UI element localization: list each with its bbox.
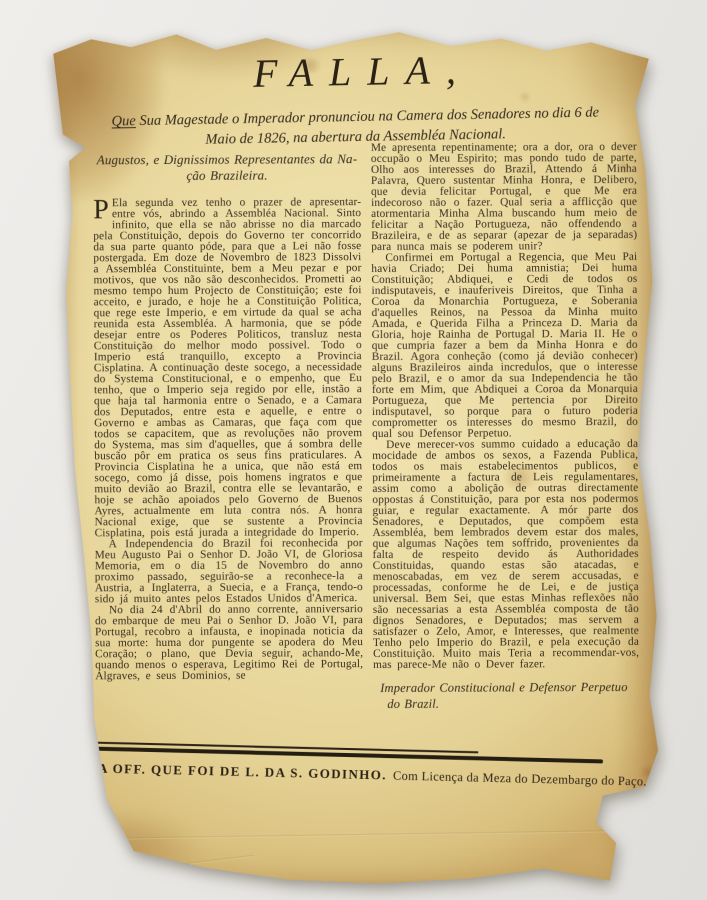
salutation-line1: Augustos, e Dignissimos Representantes d… <box>93 151 361 168</box>
stain-bottom-left <box>55 809 205 885</box>
subtitle-underlined-word: Que <box>111 113 135 129</box>
license-text: Com Licença da Meza do Dezembargo do Paç… <box>393 769 647 789</box>
imprint-line: NA OFF. QUE FOI DE L. DA S. GODINHO.Com … <box>87 759 632 790</box>
paper-crease <box>69 830 644 841</box>
paper-crease <box>75 855 254 878</box>
photo-backdrop: FALLA, Que Sua Magestade o Imperador pro… <box>0 0 707 900</box>
stain-left-edge <box>47 27 79 885</box>
body-paragraph: A Independencia do Brazil foi reconhecid… <box>95 538 363 605</box>
document-header: FALLA, Que Sua Magestade o Imperador pro… <box>68 43 642 152</box>
drop-cap: P <box>93 198 112 221</box>
left-column: Augustos, e Dignissimos Representantes d… <box>93 151 363 682</box>
paragraph-text: Ela segunda vez tenho o prazer de aprese… <box>93 196 362 539</box>
document-page: FALLA, Que Sua Magestade o Imperador pro… <box>47 27 661 887</box>
salutation: Augustos, e Dignissimos Representantes d… <box>93 151 361 184</box>
stain-bottom-right <box>595 789 695 899</box>
imprint-rule <box>81 741 603 763</box>
body-paragraph: No dia 24 d'Abril do anno corrente, anni… <box>95 604 363 682</box>
printer-name: NA OFF. QUE FOI DE L. DA S. GODINHO. <box>87 760 387 782</box>
body-paragraph: Deve merecer-vos summo cuidado a educaçã… <box>372 439 639 671</box>
body-paragraph: PEla segunda vez tenho o prazer de apres… <box>93 197 362 539</box>
body-paragraph: Me apresenta repentinamente; ora a dor, … <box>371 142 637 253</box>
subtitle-line1: Sua Magestade o Imperador pronunciou na … <box>136 105 600 129</box>
document-title: FALLA, <box>68 43 641 100</box>
salutation-line2: ção Brazileira. <box>93 167 361 184</box>
body-paragraph: Confirmei em Portugal a Regencia, que Me… <box>371 252 638 440</box>
signature-line: Imperador Constitucional e Defensor Perp… <box>373 679 639 712</box>
paper-shadow-wrap: FALLA, Que Sua Magestade o Imperador pro… <box>47 27 661 887</box>
right-column: Me apresenta repentinamente; ora a dor, … <box>371 142 639 712</box>
